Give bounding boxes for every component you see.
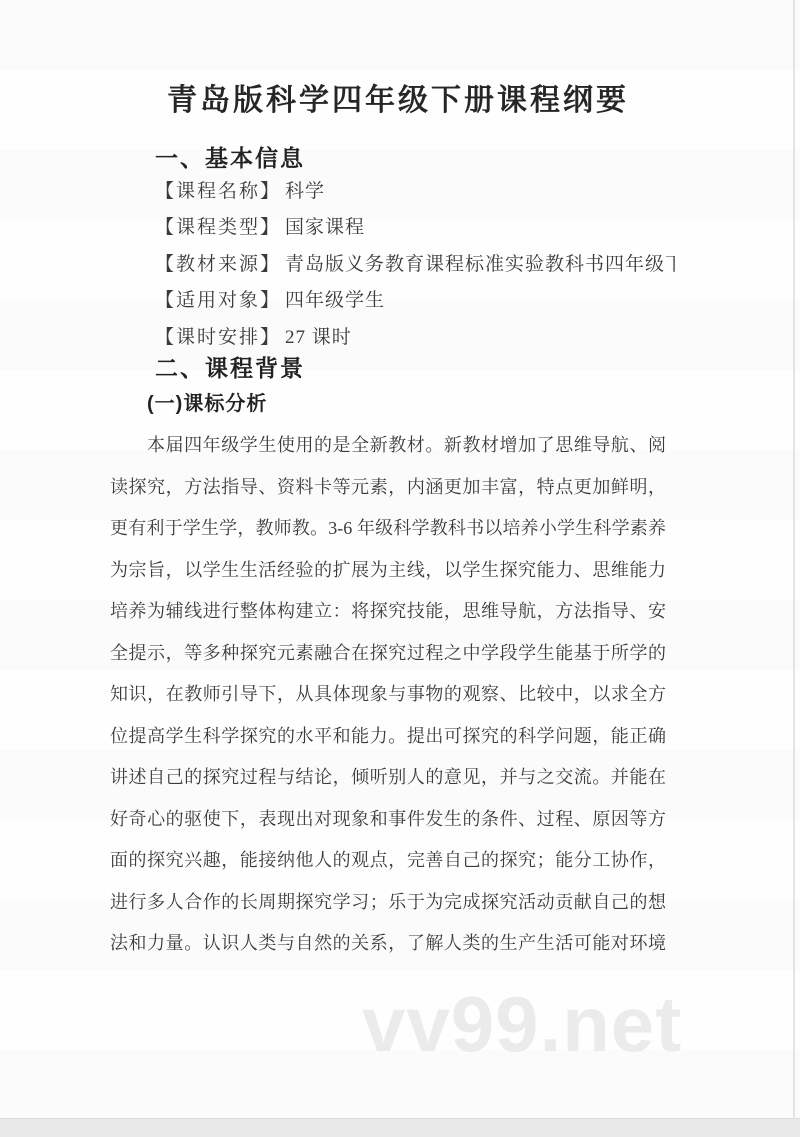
analysis-paragraph: 本届四年级学生使用的是全新教材。新教材增加了思维导航、阅 读探究，方法指导、资料… [110,425,666,965]
paragraph-line: 好奇心的驱使下，表现出对现象和事件发生的条件、过程、原因等方 [110,799,666,841]
site-watermark: vv99.net [362,985,682,1063]
info-value: 科学 [285,181,325,202]
paragraph-line: 为宗旨，以学生生活经验的扩展为主线，以学生探究能力、思维能力 [110,550,666,592]
document-page: 青岛版科学四年级下册课程纲要 一、基本信息 【课程名称】科学 【课程类型】国家课… [0,0,800,1137]
page-bottom-gap [0,1118,800,1137]
info-item-class-hours: 【课时安排】27 课时 [155,320,675,356]
page-edge-line [793,0,795,1118]
paragraph-line: 本届四年级学生使用的是全新教材。新教材增加了思维导航、阅 [110,425,666,467]
heading-basic-info: 一、基本信息 [155,147,305,170]
info-item-course-type: 【课程类型】国家课程 [155,210,675,246]
paragraph-line: 培养为辅线进行整体构建立：将探究技能，思维导航，方法指导、安 [110,591,666,633]
paragraph-line: 面的探究兴趣，能接纳他人的观点，完善自己的探究；能分工协作， [110,840,666,882]
paragraph-line: 读探究，方法指导、资料卡等元素，内涵更加丰富，特点更加鲜明， [110,467,666,509]
info-item-course-name: 【课程名称】科学 [155,174,675,210]
info-item-target-students: 【适用对象】四年级学生 [155,283,675,319]
info-label: 【课程类型】 [155,217,281,238]
document-title: 青岛版科学四年级下册课程纲要 [0,84,796,119]
paragraph-line: 法和力量。认识人类与自然的关系，了解人类的生产生活可能对环境 [110,923,666,965]
info-label: 【课程名称】 [155,181,281,202]
subheading-curriculum-standard-analysis: (一)课标分析 [147,394,267,414]
info-value: 四年级学生 [285,290,385,311]
paragraph-line: 讲述自己的探究过程与结论，倾听别人的意见，并与之交流。并能在 [110,757,666,799]
info-label: 【适用对象】 [155,290,281,311]
paragraph-line: 位提高学生科学探究的水平和能力。提出可探究的科学问题，能正确 [110,716,666,758]
info-value: 国家课程 [285,217,365,238]
basic-info-list: 【课程名称】科学 【课程类型】国家课程 【教材来源】青岛版义务教育课程标准实验教… [155,174,675,356]
info-value: 27 课时 [285,327,352,348]
info-label: 【教材来源】 [155,254,281,275]
heading-course-background: 二、课程背景 [155,357,305,380]
paragraph-line: 更有利于学生学，教师教。3-6 年级科学教科书以培养小学生科学素养 [110,508,666,550]
info-value: 青岛版义务教育课程标准实验教科书四年级下册 [285,254,675,275]
paragraph-line: 进行多人合作的长周期探究学习；乐于为完成探究活动贡献自己的想 [110,882,666,924]
info-item-material-source: 【教材来源】青岛版义务教育课程标准实验教科书四年级下册 [155,247,675,283]
paragraph-line: 知识，在教师引导下，从具体现象与事物的观察、比较中，以求全方 [110,674,666,716]
info-label: 【课时安排】 [155,327,281,348]
paragraph-line: 全提示，等多种探究元素融合在探究过程之中学段学生能基于所学的 [110,633,666,675]
